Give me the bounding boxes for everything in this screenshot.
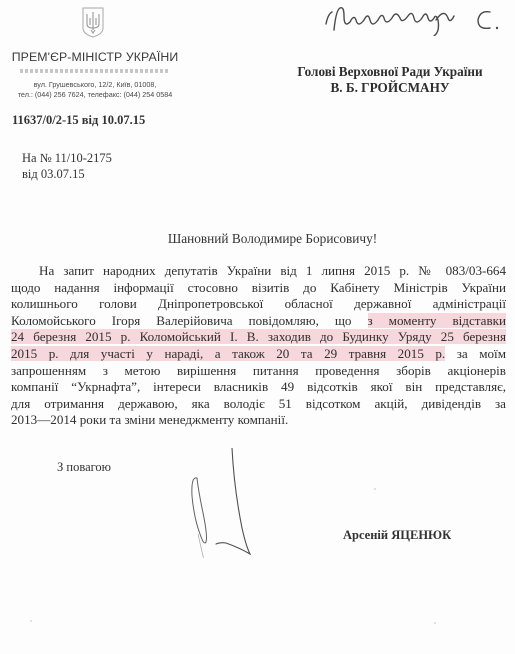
highlighted-text: 24 березня 2015 р. Коломойський І. В. за… bbox=[11, 329, 506, 344]
body-line: На запит народних депутатів України від … bbox=[11, 263, 506, 280]
body-line: Коломойського Ігоря Валерійовича повідом… bbox=[11, 313, 506, 330]
body-text-segment: На запит народних депутатів України від … bbox=[39, 263, 506, 278]
ornament-divider bbox=[20, 69, 170, 73]
incoming-ref-number: На № 11/10-2175 bbox=[22, 150, 112, 166]
scan-speck bbox=[434, 622, 436, 624]
scan-speck bbox=[374, 488, 376, 490]
scan-speck bbox=[30, 620, 32, 622]
body-line: запрошенням з метою вирішення питання пр… bbox=[11, 363, 506, 380]
body-line: 24 березня 2015 р. Коломойський І. В. за… bbox=[11, 329, 506, 346]
address-line: вул. Грушевського, 12/2, Київ, 01008, bbox=[0, 80, 190, 90]
body-line: для отримання державою, яка володіє 51 в… bbox=[11, 396, 506, 413]
body-text-segment: колишнього голови Дніпропетровської обла… bbox=[11, 296, 506, 311]
body-line: 2013—2014 роки та зміни менеджменту комп… bbox=[11, 412, 506, 429]
body-text-segment: щодо надання інформації стосовно візитів… bbox=[11, 280, 506, 295]
salutation: Шановний Володимире Борисовичу! bbox=[0, 231, 515, 247]
signatory-name: Арсеній ЯЦЕНЮК bbox=[343, 528, 451, 543]
handwritten-resolution: Ющенку С. bbox=[322, 2, 512, 36]
body-text-segment: компанії “Укрнафта”, інтереси власників … bbox=[11, 379, 506, 394]
body-line: 2015 р. для участі у нараді, а також 20 … bbox=[11, 346, 506, 363]
org-address: вул. Грушевського, 12/2, Київ, 01008, те… bbox=[0, 80, 190, 100]
body-text-segment: 2013—2014 роки та зміни менеджменту комп… bbox=[11, 412, 288, 427]
addressee-position: Голові Верховної Ради України bbox=[270, 64, 510, 80]
body-text-segment: для отримання державою, яка володіє 51 в… bbox=[11, 396, 506, 411]
handwritten-signature bbox=[186, 448, 266, 558]
addressee-block: Голові Верховної Ради України В. Б. ГРОЙ… bbox=[270, 64, 510, 96]
highlighted-text: з моменту відставки bbox=[368, 313, 507, 328]
phone-line: тел.: (044) 256 7624, телефакс: (044) 25… bbox=[0, 90, 190, 100]
incoming-reference: На № 11/10-2175 від 03.07.15 bbox=[22, 150, 112, 182]
addressee-name: В. Б. ГРОЙСМАНУ bbox=[270, 80, 510, 96]
incoming-ref-date: від 03.07.15 bbox=[22, 166, 112, 182]
trident-coat-of-arms-icon bbox=[81, 6, 105, 38]
highlighted-text: 2015 р. для участі у нараді, а також 20 … bbox=[11, 346, 445, 361]
closing-phrase: З повагою bbox=[57, 460, 111, 475]
letter-body: На запит народних депутатів України від … bbox=[11, 263, 506, 429]
org-title: ПРЕМ'ЄР-МІНІСТР УКРАЇНИ bbox=[10, 50, 180, 64]
body-text-segment: за моїм bbox=[445, 346, 506, 361]
body-line: компанії “Укрнафта”, інтереси власників … bbox=[11, 379, 506, 396]
outgoing-reference: 11637/0/2-15 від 10.07.15 bbox=[12, 113, 145, 128]
letter-page: ПРЕМ'ЄР-МІНІСТР УКРАЇНИ вул. Грушевськог… bbox=[0, 0, 515, 654]
body-line: колишнього голови Дніпропетровської обла… bbox=[11, 296, 506, 313]
body-line: щодо надання інформації стосовно візитів… bbox=[11, 280, 506, 297]
body-text-segment: запрошенням з метою вирішення питання пр… bbox=[11, 363, 506, 378]
body-text-segment: Коломойського Ігоря Валерійовича повідом… bbox=[11, 313, 368, 328]
